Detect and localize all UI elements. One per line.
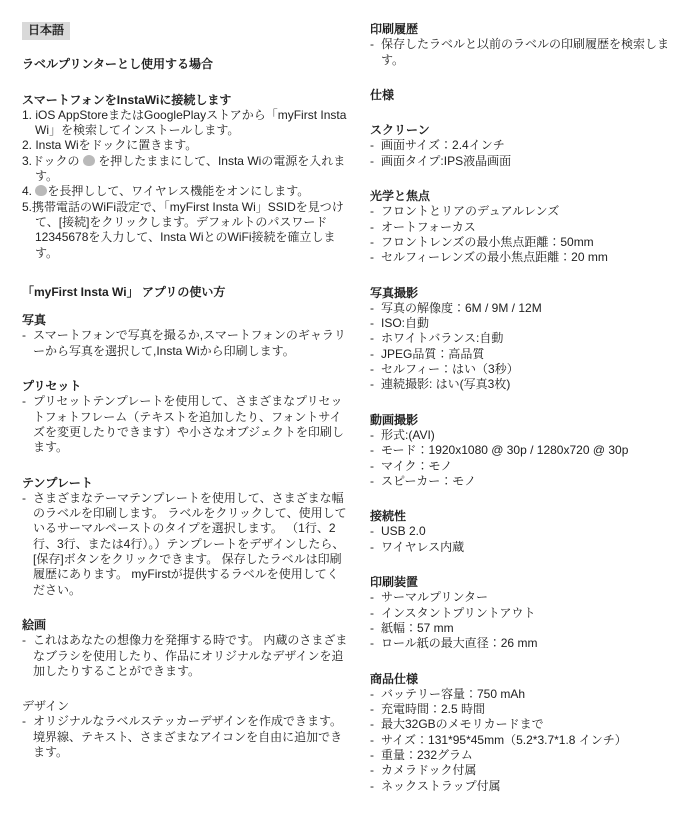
bullet-item: -画面タイプ:IPS液晶画面 bbox=[370, 154, 692, 169]
bullet-text: セルフィー：はい（3秒） bbox=[381, 362, 692, 377]
bullet-text: 画面タイプ:IPS液晶画面 bbox=[381, 154, 692, 169]
bullet-dash: - bbox=[370, 636, 381, 651]
bullet-dash: - bbox=[370, 459, 381, 474]
bullet-item: -紙幅：57 mm bbox=[370, 621, 692, 636]
right-sections: 印刷履歴-保存したラベルと以前のラベルの印刷履歴を検索します。仕様スクリーン-画… bbox=[370, 22, 692, 794]
bullet-item: -セルフィー：はい（3秒） bbox=[370, 362, 692, 377]
bullet-text: ワイヤレス内蔵 bbox=[381, 540, 692, 555]
section-heading: 接続性 bbox=[370, 509, 692, 524]
bullet-text: 紙幅：57 mm bbox=[381, 621, 692, 636]
section-heading: スクリーン bbox=[370, 123, 692, 138]
bullet-text: カメラドック付属 bbox=[381, 763, 692, 778]
bullet-text: マイク：モノ bbox=[381, 459, 692, 474]
bullet-item: -ワイヤレス内蔵 bbox=[370, 540, 692, 555]
bullet-dash: - bbox=[370, 717, 381, 732]
step-text: iOS AppStoreまたはGooglePlayストアから「myFirst I… bbox=[35, 108, 346, 137]
bullet-item: -スピーカー：モノ bbox=[370, 474, 692, 489]
bullet-dash: - bbox=[370, 331, 381, 346]
bullet-text: サーマルプリンター bbox=[381, 590, 692, 605]
app-usage-heading: 「myFirst Insta Wi」 アプリの使い方 bbox=[22, 285, 349, 300]
bullet-item: -重量：232グラム bbox=[370, 748, 692, 763]
bullet-dash: - bbox=[22, 714, 33, 760]
bullet-dash: - bbox=[22, 633, 33, 679]
section-heading: 動画撮影 bbox=[370, 413, 692, 428]
section: 動画撮影-形式:(AVI)-モード：1920x1080 @ 30p / 1280… bbox=[370, 413, 692, 489]
section: スクリーン-画面サイズ：2.4インチ-画面タイプ:IPS液晶画面 bbox=[370, 123, 692, 169]
bullet-text: プリセットテンプレートを使用して、さまざまなプリセットフォトフレーム（テキストを… bbox=[33, 394, 349, 455]
step-text: 携帯電話のWiFi設定で、「myFirst Insta Wi」SSIDを見つけて… bbox=[32, 200, 344, 260]
bullet-item: -USB 2.0 bbox=[370, 524, 692, 539]
section: 接続性-USB 2.0-ワイヤレス内蔵 bbox=[370, 509, 692, 555]
bullet-dash: - bbox=[370, 687, 381, 702]
bullet-dash: - bbox=[370, 37, 381, 68]
section-heading: プリセット bbox=[22, 379, 349, 394]
bullet-text: 写真の解像度：6M / 9M / 12M bbox=[381, 301, 692, 316]
bullet-item: -充電時間：2.5 時間 bbox=[370, 702, 692, 717]
step-item: 3.ドックの を押したままにして、Insta Wiの電源を入れます。 bbox=[22, 154, 349, 185]
bullet-dash: - bbox=[370, 220, 381, 235]
bullet-dash: - bbox=[370, 428, 381, 443]
bullet-item: -画面サイズ：2.4インチ bbox=[370, 138, 692, 153]
bullet-item: -これはあなたの想像力を発揮する時です。 内蔵のさまざまなブラシを使用したり、作… bbox=[22, 633, 349, 679]
bullet-item: -さまざまなテーマテンプレートを使用して、さまざまな幅のラベルを印刷します。 ラ… bbox=[22, 491, 349, 598]
connect-steps-list: 1. iOS AppStoreまたはGooglePlayストアから「myFirs… bbox=[22, 108, 349, 261]
step-number: 2. bbox=[22, 138, 35, 152]
bullet-dash: - bbox=[370, 347, 381, 362]
bullet-text: 最大32GBのメモリカードまで bbox=[381, 717, 692, 732]
section: 光学と焦点-フロントとリアのデュアルレンズ-オートフォーカス-フロントレンズの最… bbox=[370, 189, 692, 265]
section-heading: 商品仕様 bbox=[370, 672, 692, 687]
bullet-dash: - bbox=[370, 733, 381, 748]
bullet-text: JPEG品質：高品質 bbox=[381, 347, 692, 362]
bullet-dash: - bbox=[370, 138, 381, 153]
bullet-dash: - bbox=[370, 474, 381, 489]
bullet-text: 画面サイズ：2.4インチ bbox=[381, 138, 692, 153]
bullet-dash: - bbox=[370, 301, 381, 316]
bullet-text: ISO:自動 bbox=[381, 316, 692, 331]
wireless-button-icon bbox=[35, 185, 47, 196]
language-tag: 日本語 bbox=[22, 22, 70, 40]
bullet-dash: - bbox=[370, 590, 381, 605]
bullet-text: セルフィーレンズの最小焦点距離：20 mm bbox=[381, 250, 692, 265]
bullet-item: -保存したラベルと以前のラベルの印刷履歴を検索します。 bbox=[370, 37, 692, 68]
bullet-text: フロントレンズの最小焦点距離：50mm bbox=[381, 235, 692, 250]
section: プリセット-プリセットテンプレートを使用して、さまざまなプリセットフォトフレーム… bbox=[22, 379, 349, 455]
step-number: 3. bbox=[22, 154, 32, 168]
step-number: 1. bbox=[22, 108, 35, 122]
bullet-dash: - bbox=[370, 763, 381, 778]
bullet-dash: - bbox=[22, 328, 33, 359]
bullet-item: -JPEG品質：高品質 bbox=[370, 347, 692, 362]
bullet-dash: - bbox=[370, 204, 381, 219]
bullet-text: 重量：232グラム bbox=[381, 748, 692, 763]
section: 商品仕様-バッテリー容量：750 mAh-充電時間：2.5 時間-最大32GBの… bbox=[370, 672, 692, 794]
bullet-item: -セルフィーレンズの最小焦点距離：20 mm bbox=[370, 250, 692, 265]
dock-power-button-icon bbox=[83, 155, 95, 166]
step-item: 5.携帯電話のWiFi設定で、「myFirst Insta Wi」SSIDを見つ… bbox=[22, 200, 349, 261]
section: 写真撮影-写真の解像度：6M / 9M / 12M-ISO:自動-ホワイトバラン… bbox=[370, 286, 692, 393]
manual-page: 日本語 ラベルプリンターとし使用する場合 スマートフォンをInstaWiに接続し… bbox=[0, 0, 698, 822]
bullet-text: フロントとリアのデュアルレンズ bbox=[381, 204, 692, 219]
bullet-item: -フロントレンズの最小焦点距離：50mm bbox=[370, 235, 692, 250]
section-heading: 印刷履歴 bbox=[370, 22, 692, 37]
bullet-item: -マイク：モノ bbox=[370, 459, 692, 474]
bullet-text: スピーカー：モノ bbox=[381, 474, 692, 489]
step-item: 4. を長押しして、ワイヤレス機能をオンにします。 bbox=[22, 184, 349, 199]
section: 印刷装置-サーマルプリンター-インスタントプリントアウト-紙幅：57 mm-ロー… bbox=[370, 575, 692, 651]
section: テンプレート-さまざまなテーマテンプレートを使用して、さまざまな幅のラベルを印刷… bbox=[22, 476, 349, 598]
bullet-dash: - bbox=[370, 250, 381, 265]
bullet-text: モード：1920x1080 @ 30p / 1280x720 @ 30p bbox=[381, 443, 692, 458]
bullet-text: 形式:(AVI) bbox=[381, 428, 692, 443]
bullet-dash: - bbox=[370, 748, 381, 763]
bullet-item: -写真の解像度：6M / 9M / 12M bbox=[370, 301, 692, 316]
bullet-dash: - bbox=[370, 779, 381, 794]
bullet-item: -モード：1920x1080 @ 30p / 1280x720 @ 30p bbox=[370, 443, 692, 458]
bullet-dash: - bbox=[370, 443, 381, 458]
bullet-item: -サイズ：131*95*45mm（5.2*3.7*1.8 インチ） bbox=[370, 733, 692, 748]
bullet-item: -ロール紙の最大直径：26 mm bbox=[370, 636, 692, 651]
section: 仕様 bbox=[370, 88, 692, 103]
usage-title: ラベルプリンターとし使用する場合 bbox=[22, 57, 349, 72]
bullet-text: 保存したラベルと以前のラベルの印刷履歴を検索します。 bbox=[381, 37, 692, 68]
bullet-item: -バッテリー容量：750 mAh bbox=[370, 687, 692, 702]
section: 印刷履歴-保存したラベルと以前のラベルの印刷履歴を検索します。 bbox=[370, 22, 692, 68]
bullet-dash: - bbox=[370, 606, 381, 621]
bullet-item: -フロントとリアのデュアルレンズ bbox=[370, 204, 692, 219]
bullet-text: バッテリー容量：750 mAh bbox=[381, 687, 692, 702]
bullet-dash: - bbox=[370, 377, 381, 392]
bullet-item: -サーマルプリンター bbox=[370, 590, 692, 605]
section-heading: 光学と焦点 bbox=[370, 189, 692, 204]
bullet-item: -ISO:自動 bbox=[370, 316, 692, 331]
step-text: を長押しして、ワイヤレス機能をオンにします。 bbox=[47, 184, 309, 198]
bullet-text: オートフォーカス bbox=[381, 220, 692, 235]
bullet-text: さまざまなテーマテンプレートを使用して、さまざまな幅のラベルを印刷します。 ラベ… bbox=[33, 491, 349, 598]
section-heading: 写真撮影 bbox=[370, 286, 692, 301]
bullet-item: -スマートフォンで写真を撮るか,スマートフォンのギャラリーから写真を選択して,I… bbox=[22, 328, 349, 359]
bullet-text: USB 2.0 bbox=[381, 524, 692, 539]
bullet-text: 連続撮影: はい(写真3枚) bbox=[381, 377, 692, 392]
section-heading: テンプレート bbox=[22, 476, 349, 491]
bullet-item: -インスタントプリントアウト bbox=[370, 606, 692, 621]
bullet-dash: - bbox=[22, 394, 33, 455]
section-heading: 写真 bbox=[22, 313, 349, 328]
bullet-item: -カメラドック付属 bbox=[370, 763, 692, 778]
bullet-text: 充電時間：2.5 時間 bbox=[381, 702, 692, 717]
step-item: 2. Insta Wiをドックに置きます。 bbox=[22, 138, 349, 153]
left-sections: 写真-スマートフォンで写真を撮るか,スマートフォンのギャラリーから写真を選択して… bbox=[22, 313, 349, 760]
bullet-item: -ネックストラップ付属 bbox=[370, 779, 692, 794]
bullet-dash: - bbox=[370, 524, 381, 539]
bullet-dash: - bbox=[370, 316, 381, 331]
step-number: 4. bbox=[22, 184, 35, 198]
bullet-dash: - bbox=[370, 235, 381, 250]
bullet-item: -ホワイトバランス:自動 bbox=[370, 331, 692, 346]
bullet-dash: - bbox=[370, 154, 381, 169]
bullet-text: スマートフォンで写真を撮るか,スマートフォンのギャラリーから写真を選択して,In… bbox=[33, 328, 349, 359]
bullet-dash: - bbox=[370, 362, 381, 377]
section-heading: 印刷装置 bbox=[370, 575, 692, 590]
section-heading: デザイン bbox=[22, 699, 349, 714]
bullet-text: サイズ：131*95*45mm（5.2*3.7*1.8 インチ） bbox=[381, 733, 692, 748]
bullet-item: -オリジナルなラベルステッカーデザインを作成できます。 境界線、テキスト、さまざ… bbox=[22, 714, 349, 760]
bullet-item: -オートフォーカス bbox=[370, 220, 692, 235]
right-column: 印刷履歴-保存したラベルと以前のラベルの印刷履歴を検索します。仕様スクリーン-画… bbox=[370, 22, 692, 794]
section: 絵画-これはあなたの想像力を発揮する時です。 内蔵のさまざまなブラシを使用したり… bbox=[22, 618, 349, 679]
bullet-item: -プリセットテンプレートを使用して、さまざまなプリセットフォトフレーム（テキスト… bbox=[22, 394, 349, 455]
bullet-dash: - bbox=[370, 540, 381, 555]
bullet-dash: - bbox=[370, 702, 381, 717]
bullet-text: オリジナルなラベルステッカーデザインを作成できます。 境界線、テキスト、さまざま… bbox=[33, 714, 349, 760]
step-text: ドックの bbox=[32, 154, 83, 168]
bullet-text: ネックストラップ付属 bbox=[381, 779, 692, 794]
section: デザイン-オリジナルなラベルステッカーデザインを作成できます。 境界線、テキスト… bbox=[22, 699, 349, 760]
bullet-item: -連続撮影: はい(写真3枚) bbox=[370, 377, 692, 392]
section-heading: 絵画 bbox=[22, 618, 349, 633]
section: 写真-スマートフォンで写真を撮るか,スマートフォンのギャラリーから写真を選択して… bbox=[22, 313, 349, 359]
language-tag-row: 日本語 bbox=[22, 22, 349, 40]
bullet-text: これはあなたの想像力を発揮する時です。 内蔵のさまざまなブラシを使用したり、作品… bbox=[33, 633, 349, 679]
bullet-text: ロール紙の最大直径：26 mm bbox=[381, 636, 692, 651]
bullet-dash: - bbox=[370, 621, 381, 636]
bullet-dash: - bbox=[22, 491, 33, 598]
step-text: Insta Wiをドックに置きます。 bbox=[35, 138, 197, 152]
section-heading: 仕様 bbox=[370, 88, 692, 103]
connect-section: スマートフォンをInstaWiに接続します 1. iOS AppStoreまたは… bbox=[22, 93, 349, 261]
step-number: 5. bbox=[22, 200, 32, 214]
bullet-text: ホワイトバランス:自動 bbox=[381, 331, 692, 346]
connect-heading: スマートフォンをInstaWiに接続します bbox=[22, 93, 349, 108]
step-item: 1. iOS AppStoreまたはGooglePlayストアから「myFirs… bbox=[22, 108, 349, 139]
bullet-item: -最大32GBのメモリカードまで bbox=[370, 717, 692, 732]
left-column: 日本語 ラベルプリンターとし使用する場合 スマートフォンをInstaWiに接続し… bbox=[22, 22, 349, 760]
bullet-text: インスタントプリントアウト bbox=[381, 606, 692, 621]
bullet-item: -形式:(AVI) bbox=[370, 428, 692, 443]
